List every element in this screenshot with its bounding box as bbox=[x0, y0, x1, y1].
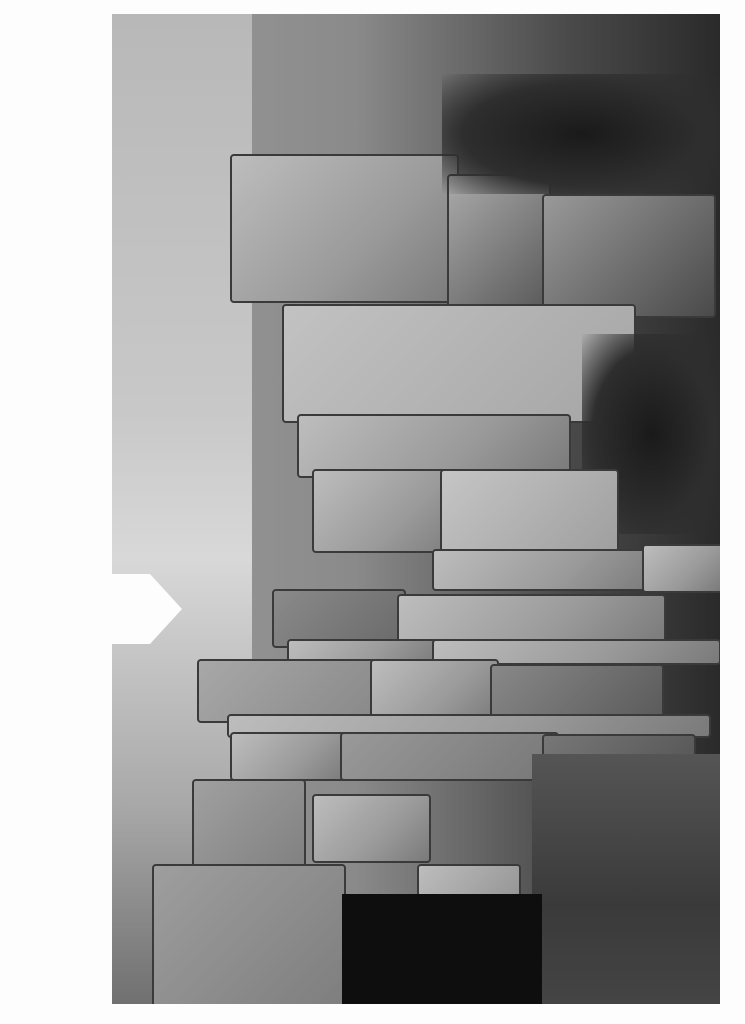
stone-block bbox=[432, 549, 656, 591]
stone-block bbox=[340, 732, 559, 781]
stone-block bbox=[192, 779, 306, 873]
masonry-photograph bbox=[112, 14, 720, 1004]
stone-block bbox=[230, 732, 349, 781]
stone-block bbox=[440, 469, 619, 558]
stone-block bbox=[642, 544, 720, 593]
stone-block bbox=[312, 794, 431, 863]
stone-block bbox=[230, 154, 459, 303]
stone-block bbox=[152, 864, 346, 1004]
stone-block bbox=[447, 174, 551, 308]
shadow-region bbox=[442, 74, 720, 194]
dark-shadow bbox=[342, 894, 542, 1004]
stone-block bbox=[542, 194, 716, 318]
water-surface bbox=[532, 754, 720, 1004]
